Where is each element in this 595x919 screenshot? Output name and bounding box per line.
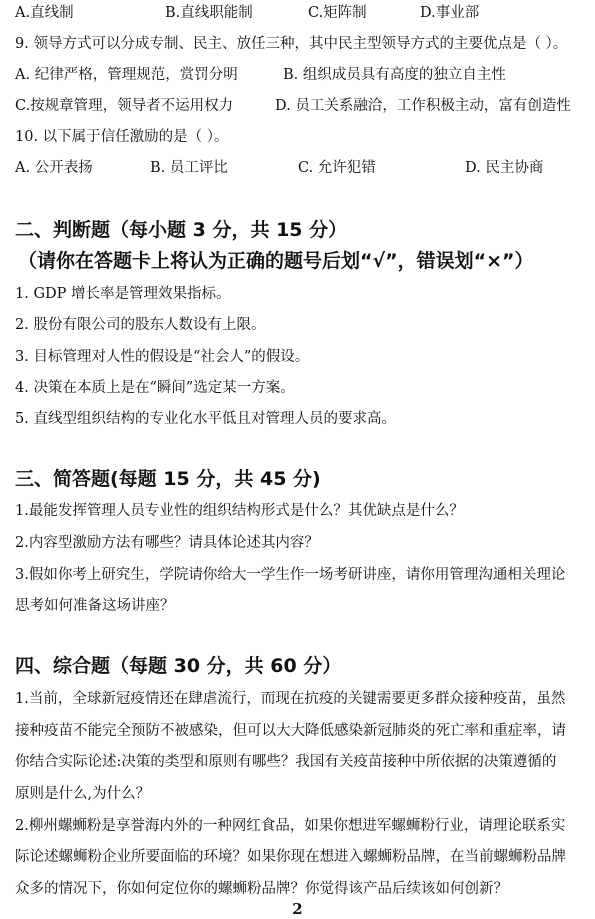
q10-option-a: A. 公开表扬 <box>15 158 93 178</box>
q9-option-a: A. 纪律严格，管理规范，赏罚分明 <box>15 65 238 85</box>
essay-line-4: 原则是什么,为什么？ <box>15 784 150 804</box>
judgement-item-4: 4. 决策在本质上是在“瞬间”选定某一方案。 <box>15 378 295 398</box>
q8-option-c: C.矩阵制 <box>308 3 367 23</box>
essay-line-7: 众多的情况下，你如何定位你的螺蛳粉品牌？你觉得该产品后续该如何创新？ <box>15 879 508 899</box>
section3-title: 三、简答题(每题 15 分，共 45 分) <box>15 467 321 491</box>
short-answer-line-2: 2.内容型激励方法有哪些？请具体论述其内容？ <box>15 533 319 553</box>
q9-stem: 9. 领导方式可以分成专制、民主、放任三种，其中民主型领导方式的主要优点是（ ）… <box>15 34 567 54</box>
q9-option-b: B. 组织成员具有高度的独立自主性 <box>283 65 506 85</box>
essay-line-3: 你结合实际论述:决策的类型和原则有哪些？我国有关疫苗接种中所依据的决策遵循的 <box>15 752 556 772</box>
q9-option-d: D. 员工关系融洽，工作积极主动，富有创造性 <box>275 96 571 116</box>
essay-line-6: 际论述螺蛳粉企业所要面临的环境？如果你现在想进入螺蛳粉品牌，在当前螺蛳粉品牌 <box>15 847 566 867</box>
q10-option-d: D. 民主协商 <box>465 158 543 178</box>
judgement-item-1: 1. GDP 增长率是管理效果指标。 <box>15 284 231 304</box>
essay-line-2: 接种疫苗不能完全预防不被感染，但可以大大降低感染新冠肺炎的死亡率和重症率，请 <box>15 721 566 741</box>
short-answer-line-1: 1.最能发挥管理人员专业性的组织结构形式是什么？其优缺点是什么？ <box>15 501 464 521</box>
section2-instruction: （请你在答题卡上将认为正确的题号后划“√”，错误划“×”） <box>18 249 534 273</box>
judgement-item-5: 5. 直线型组织结构的专业化水平低且对管理人员的要求高。 <box>15 409 396 429</box>
q8-option-d: D.事业部 <box>420 3 479 23</box>
q10-option-b: B. 员工评比 <box>150 158 228 178</box>
q10-stem: 10. 以下属于信任激励的是（ ）。 <box>15 127 229 147</box>
short-answer-line-3: 3.假如你考上研究生，学院请你给大一学生作一场考研讲座，请你用管理沟通相关理论 <box>15 565 565 585</box>
section2-title: 二、判断题（每小题 3 分，共 15 分） <box>15 218 347 242</box>
q10-option-c: C. 允许犯错 <box>298 158 376 178</box>
page-number: 2 <box>0 900 595 918</box>
q8-option-b: B.直线职能制 <box>165 3 253 23</box>
q9-option-c: C.按规章管理，领导者不运用权力 <box>15 96 233 116</box>
q8-option-a: A.直线制 <box>15 3 74 23</box>
judgement-item-2: 2. 股份有限公司的股东人数设有上限。 <box>15 315 265 335</box>
section4-title: 四、综合题（每题 30 分，共 60 分） <box>15 654 341 678</box>
essay-line-5: 2.柳州螺蛳粉是享誉海内外的一种网红食品，如果你想进军螺蛳粉行业，请理论联系实 <box>15 816 565 836</box>
judgement-item-3: 3. 目标管理对人性的假设是“社会人”的假设。 <box>15 347 309 367</box>
short-answer-line-4: 思考如何准备这场讲座？ <box>15 596 175 616</box>
essay-line-1: 1.当前，全球新冠疫情还在肆虐流行，而现在抗疫的关键需要更多群众接种疫苗，虽然 <box>15 689 565 709</box>
